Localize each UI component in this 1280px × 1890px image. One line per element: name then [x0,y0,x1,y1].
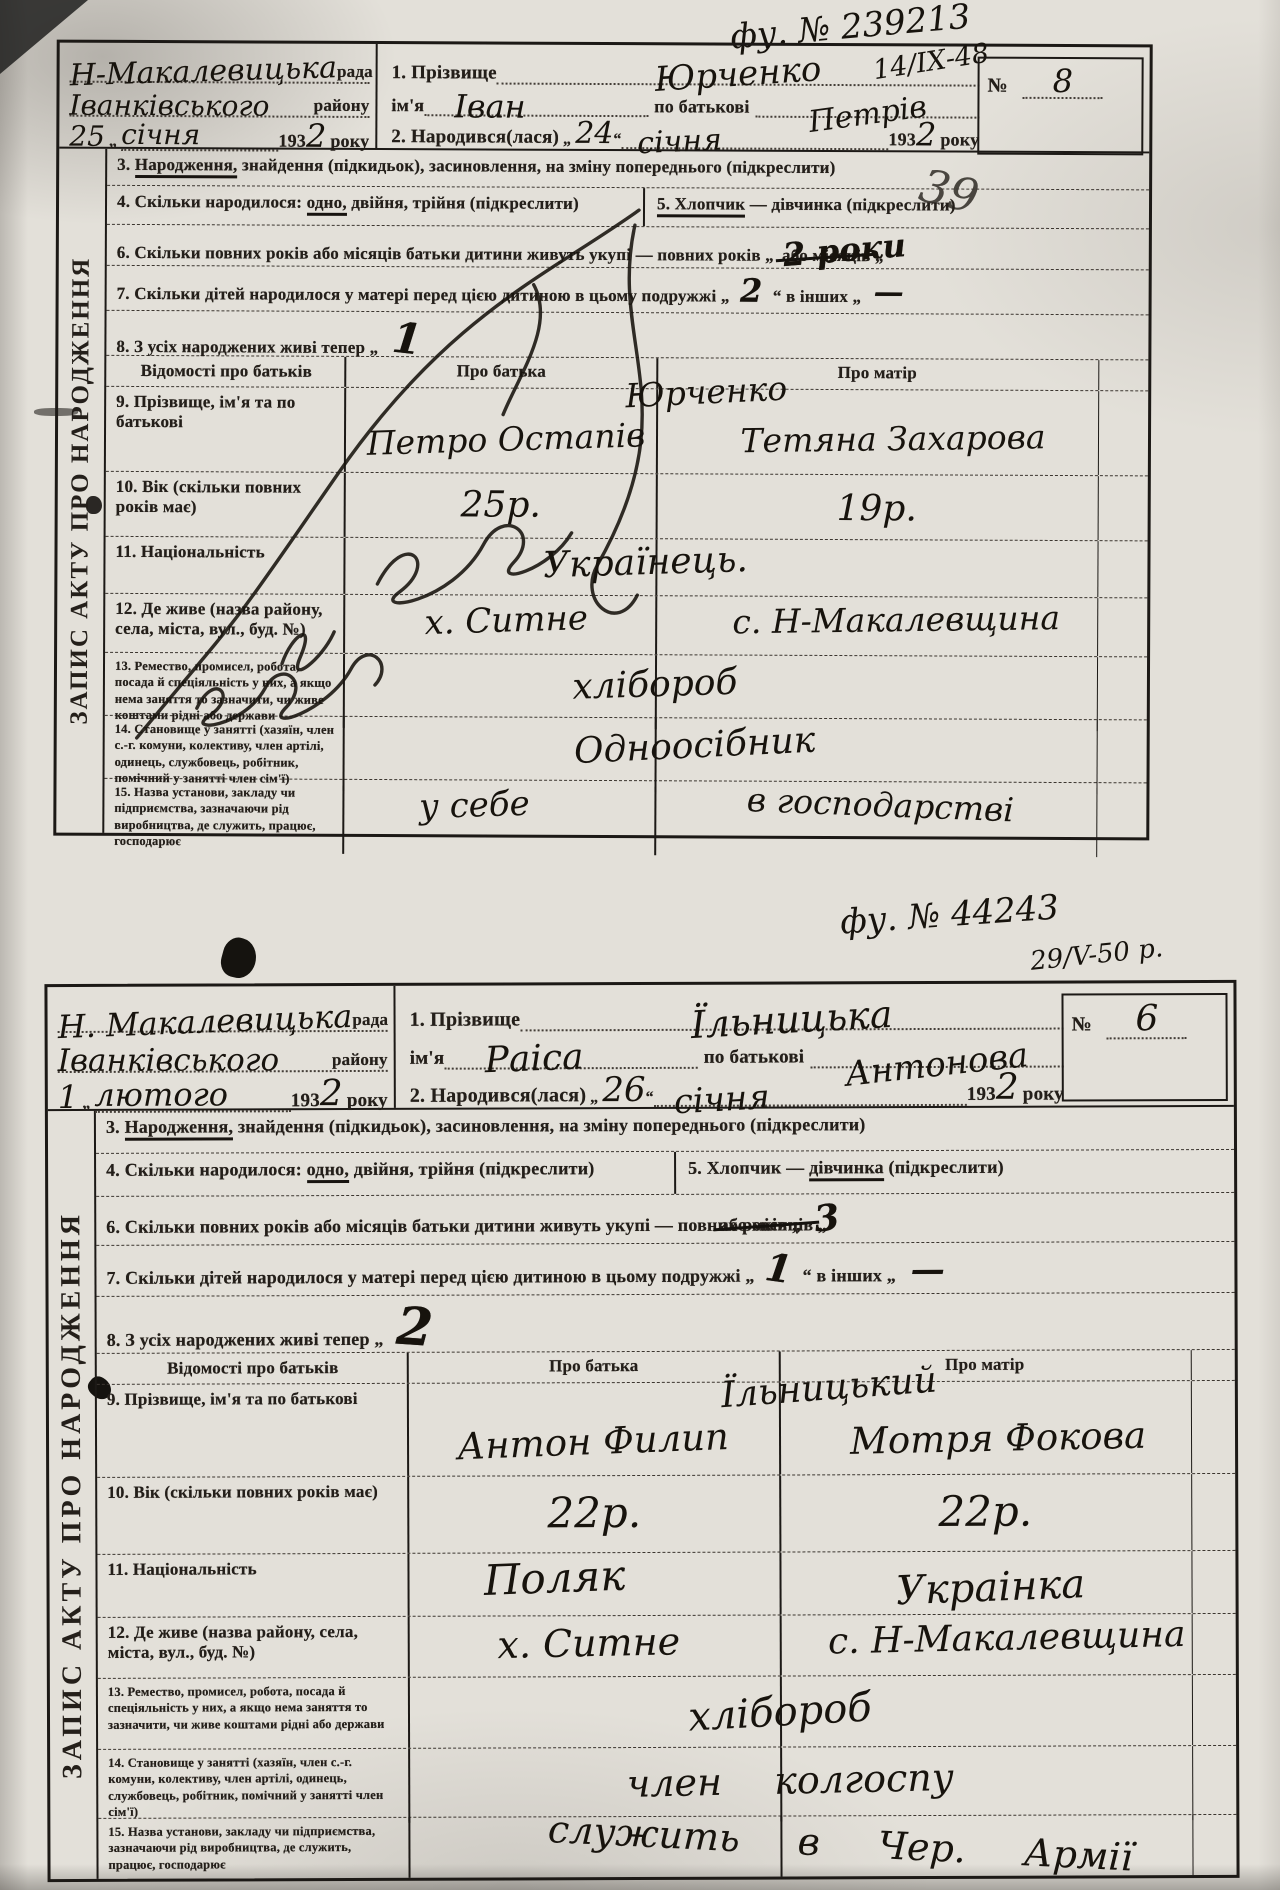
row-10-age: 10. Вік (скільки повних років має) 22р. … [97,1474,1235,1555]
mother-nationality-handwritten: Украінка [779,1560,1202,1616]
surname-label: 1. Прізвище [410,1008,521,1031]
row-11-nationality: 11. Національність Українець. [105,537,1147,599]
q7-other-marriages-value: — [874,278,904,308]
row-14-status: 14. Становище у занятті (хазяїн, член с.… [98,1746,1236,1819]
question-8: 8. З усіх народжених живі тепер „ 1 [106,311,1148,361]
name-label: ім'я [391,95,424,116]
row-15-workplace: 15. Назва установи, закладу чи підприємс… [104,779,1146,838]
parents-table-header: Відомості про батьків Про батька Про мат… [97,1350,1235,1385]
father-nationality-handwritten: Поляк [369,1550,740,1606]
born-label: 2. Народився(лася) [410,1084,586,1108]
number-label: № [988,75,1008,97]
father-name-handwritten: Петро Остапів [336,417,677,460]
q6-value-handwritten: 2 роки [781,229,906,271]
form2-questions: 3. Народження, знайдення (підкидьок), за… [96,1107,1237,1879]
record-number-handwritten: 8 [1023,65,1103,99]
q7-others-label: в інших [786,287,848,306]
dash: — [786,1157,804,1177]
q13-label: 13. Ремество, промисел, робота, посада й… [98,1678,410,1749]
question-5: 5. Хлопчик — дівчинка (підкреслити) [676,1150,1234,1194]
mother-age-handwritten: 19р. [656,490,1098,528]
occupation-handwritten: хлібороб [494,662,815,708]
question-7: 7. Скільки дітей народилося у матері пер… [107,266,1149,316]
q3-text: знайдення (підкидьок), засиновлення, на … [238,1114,866,1136]
year-print: 193 [967,1084,996,1106]
quote: „ [852,287,861,306]
question-4: 4. Скільки народилося: одно, двійня, трі… [96,1152,676,1196]
work-status-handwritten: член колгоспу [550,1756,1031,1804]
roku-label: року [330,131,369,152]
occupation-handwritten: хлібороб [609,1683,951,1742]
born-day-handwritten: 26 [602,1073,645,1107]
form-border: Н. Макалевицька рада Іванківського район… [44,980,1239,1882]
workplace-handwritten-2: в господарстві [624,778,1137,831]
residence-village-handwritten: с. Н-Макалевщина [781,1616,1232,1661]
q7-others-label: в інших [816,1265,882,1285]
district-label: району [332,1050,388,1070]
number-label: № [1072,1013,1092,1035]
mother-name-handwritten: Тетяна Захарова [658,419,1128,458]
question-4-5: 4. Скільки народилося: одно, двійня, трі… [107,186,1149,230]
q3-underlined-word: Народження, [125,1116,234,1140]
reg-day-handwritten: 1 [58,1081,78,1113]
q6-value-handwritten: 3 [812,1199,841,1238]
year-print: 193 [291,1090,320,1112]
row-10-age: 10. Вік (скільки повних років має) 25р. … [106,472,1148,542]
q3-number: 3. [117,155,130,174]
q6-text: 6. Скільки повних років або місяців бать… [106,1214,787,1236]
q9-label: 9. Прізвище, ім'я та по батькові [106,387,346,472]
q15-label: 15. Назва установи, закладу чи підприємс… [104,779,344,854]
quote: „ [721,287,730,306]
question-6: 6. Скільки повних років або місяців бать… [96,1193,1234,1246]
nationality-handwritten: Українець. [465,540,826,587]
district-label: району [314,96,370,116]
tail-column [1098,360,1148,390]
reg-year-digit: 2 [306,120,326,152]
q7-text: 7. Скільки дітей народилося у матері пер… [117,284,717,306]
row-15-workplace: 15. Назва установи, закладу чи підприємс… [98,1815,1236,1879]
vertical-title: ЗАПИС АКТУ ПРО НАРОДЖЕННЯ [66,257,96,725]
form2-body: ЗАПИС АКТУ ПРО НАРОДЖЕННЯ 3. Народження,… [48,1107,1237,1879]
quote: “ [646,1089,654,1107]
quote: “ [773,287,782,306]
vertical-title: ЗАПИС АКТУ ПРО НАРОДЖЕННЯ [55,1211,89,1779]
row-12-residence: 12. Де живе (назва району, села, міста, … [105,594,1147,658]
row-11-nationality: 11. Національність Поляк Украінка [97,1551,1235,1618]
row-13-occupation: 13. Ремество, промисел, робота, посада й… [105,653,1147,721]
q8-text: 8. З усіх народжених живі тепер [107,1329,370,1350]
question-3: 3. Народження, знайдення (підкидьок), за… [107,149,1149,191]
q8-alive-now-value: 2 [395,1301,435,1355]
quote: „ [563,131,571,149]
q11-label: 11. Національність [105,537,345,594]
q12-label: 12. Де живе (назва району, села, міста, … [105,594,345,653]
form-border: Н-Макалевицька рада Іванківського району… [53,40,1152,841]
tail-column [1191,1350,1235,1380]
born-day-handwritten: 24 [575,119,613,149]
q5-girl: дівчинка [809,1157,884,1181]
q6-text: 6. Скільки повних років або місяців бать… [117,243,761,265]
q12-label: 12. Де живе (назва району, села, міста, … [98,1617,410,1678]
q4-underlined-odno: одно, [307,193,347,216]
reg-year-digit: 2 [320,1076,343,1112]
quote: „ [745,1266,754,1286]
row-13-occupation: 13. Ремество, промисел, робота, посада й… [98,1675,1236,1750]
council-block: Н-Макалевицька рада Іванківського району… [59,43,377,148]
record-number-handwritten: 6 [1107,1001,1187,1039]
q4-text: 4. Скільки народилося: [117,192,302,212]
q6-crossed-months: або місяців [720,1214,814,1234]
question-4: 4. Скільки народилося: одно, двійня, трі… [107,186,645,226]
registry-note-2-date: 29/V-50 р. [1029,935,1164,975]
question-7: 7. Скільки дітей народилося у матері пер… [96,1242,1234,1297]
row-12-residence: 12. Де живе (назва району, села, міста, … [98,1614,1236,1679]
roku-label: року [940,129,979,150]
th-father: Про батька [409,1356,779,1377]
birth-record-form-2: Н. Макалевицька рада Іванківського район… [44,980,1239,1882]
born-label: 2. Народився(лася) [391,126,559,149]
q5-boy: 5. Хлопчик [688,1158,781,1178]
q11-label: 11. Національність [97,1554,409,1617]
quote: „ [82,1095,90,1113]
vertical-title-strip: ЗАПИС АКТУ ПРО НАРОДЖЕННЯ [48,1111,99,1879]
residence-village-handwritten: с. Н-Макалевщина [659,600,1133,639]
q5-boy: 5. Хлопчик [657,194,745,217]
q7-other-marriages-value: — [911,1253,945,1287]
form1-body: ЗАПИС АКТУ ПРО НАРОДЖЕННЯ 3. Народження,… [56,149,1149,838]
row-9-names: 9. Прізвище, ім'я та по батькові Їльниць… [97,1381,1235,1478]
reg-month-handwritten: січня [121,121,278,152]
record-number-box: № 8 [977,57,1143,156]
question-3: 3. Народження, знайдення (підкидьок), за… [96,1107,1234,1154]
q14-label: 14. Становище у занятті (хазяїн, член с.… [98,1749,410,1824]
q4-text: 4. Скільки народилося: [106,1159,302,1180]
quote: „ [590,1089,598,1107]
q9-label: 9. Прізвище, ім'я та по батькові [97,1384,409,1477]
patronymic-label: по батькові [654,96,749,117]
quote: „ [374,1329,383,1349]
th-parents: Відомості про батьків [97,1353,409,1384]
quote: „ [887,1265,896,1285]
mother-age-handwritten: 22р. [779,1490,1191,1533]
question-4-5: 4. Скільки народилося: одно, двійня, трі… [96,1150,1234,1197]
roku-label: року [347,1090,388,1112]
q7-this-marriage-value: 2 [740,275,763,307]
residence-khutir-handwritten: х. Ситне [393,1620,784,1666]
question-5: 5. Хлопчик — дівчинка (підкреслити) [645,188,1149,228]
surname-label: 1. Прізвище [392,62,497,84]
q10-label: 10. Вік (скільки повних років має) [97,1477,409,1554]
work-status-handwritten: Одноосібник [514,720,875,773]
th-parents: Відомості про батьків [106,356,346,387]
form1-questions: 3. Народження, знайдення (підкидьок), за… [104,149,1149,838]
q5-note: (підкреслити) [888,1157,1003,1177]
roku-label: року [1023,1084,1064,1106]
q8-alive-now-value: 1 [391,317,425,362]
q5-note: (підкреслити) [847,195,956,214]
reg-day-handwritten: 25 [69,123,105,151]
q8-text: 8. З усіх народжених живі тепер [116,337,365,357]
residence-khutir-handwritten: х. Ситне [341,599,672,643]
quote: “ [613,131,621,149]
year-print: 193 [888,129,916,150]
ink-blot [217,934,260,981]
reg-month-handwritten: лютого [94,1078,290,1113]
name-label: ім'я [410,1048,445,1070]
form2-header: Н. Макалевицька рада Іванківського район… [47,983,1233,1111]
dash: — [750,195,767,214]
question-8: 8. З усіх народжених живі тепер „ 2 [97,1293,1235,1354]
q5-girl: дівчинка [771,195,842,214]
q4-rest: двійня, трійня (підкреслити) [351,193,579,213]
record-number-box: № 6 [1061,993,1227,1102]
row-9-names: 9. Прізвище, ім'я та по батькові Юрченко… [106,387,1148,477]
quote: „ [370,338,379,357]
patronymic-label: по батькові [704,1046,805,1068]
council-block: Н. Макалевицька рада Іванківського район… [47,986,395,1109]
quote: „ [765,246,774,265]
workplace-handwritten-1: у себе [324,784,625,827]
registry-note-2: фу. № 44243 [839,890,1060,939]
q3-number: 3. [106,1117,120,1137]
father-name-handwritten: Антон Филип [402,1416,783,1468]
father-age-handwritten: 25р. [346,487,656,524]
q4-rest: двійня, трійня (підкреслити) [354,1158,595,1179]
q10-label: 10. Вік (скільки повних років має) [106,472,346,537]
father-age-handwritten: 22р. [409,1492,779,1535]
born-year-digit: 2 [996,1070,1019,1106]
q15-label: 15. Назва установи, закладу чи підприємс… [98,1818,410,1879]
birth-record-form-1: Н-Макалевицька рада Іванківського району… [53,40,1152,841]
row-14-status: 14. Становище у занятті (хазяїн, член с.… [105,716,1147,784]
q7-this-marriage-value: 1 [763,1248,795,1289]
q3-underlined-word: Народження, [135,155,238,178]
born-year-digit: 2 [916,118,936,150]
q7-text: 7. Скільки дітей народилося у матері пер… [106,1266,740,1288]
q3-text: знайдення (підкидьок), засиновлення, на … [242,155,836,177]
q4-underlined-odno: одно, [307,1159,350,1183]
question-6: 6. Скільки повних років або місяців бать… [107,225,1149,271]
mother-name-handwritten: Мотря Фокова [781,1415,1216,1461]
council-label: рада [352,1010,388,1030]
quote: “ [803,1265,812,1285]
vertical-title-strip: ЗАПИС АКТУ ПРО НАРОДЖЕННЯ [56,149,107,833]
year-print: 193 [278,131,306,152]
council-label: рада [337,62,373,82]
form1-header: Н-Макалевицька рада Іванківського району… [59,43,1149,154]
